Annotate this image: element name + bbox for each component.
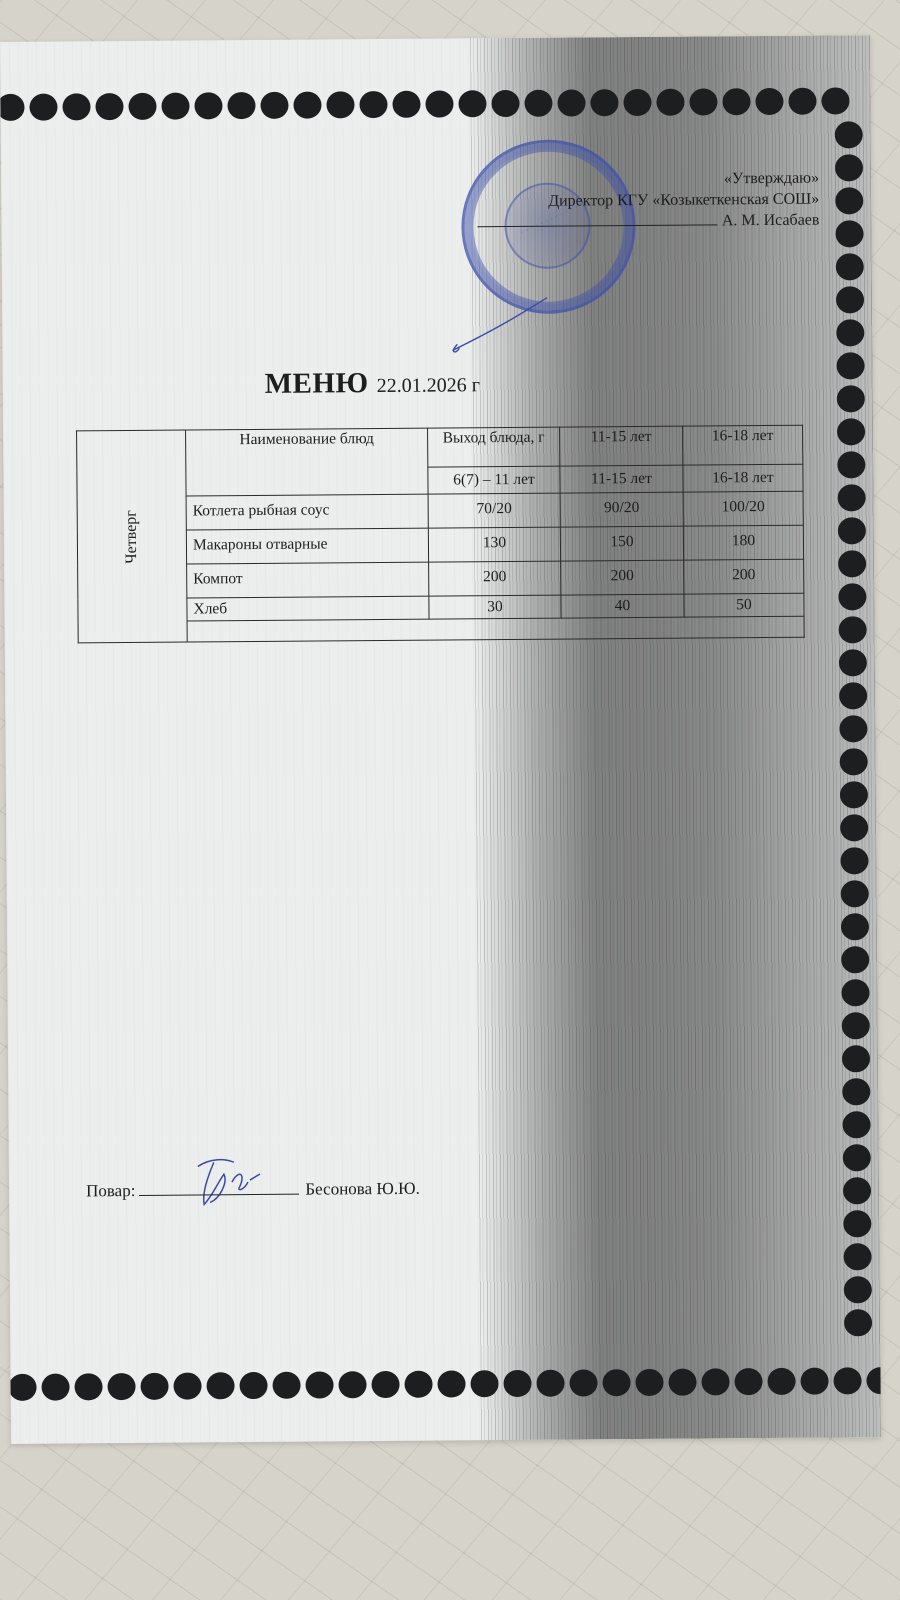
border-dot <box>425 90 453 117</box>
border-dot <box>835 220 863 247</box>
portion-group3: 200 <box>684 559 804 594</box>
border-dot <box>838 517 866 544</box>
border-dot <box>800 1368 828 1395</box>
border-dot <box>840 781 868 808</box>
border-dot <box>837 418 865 445</box>
director-signature-line <box>478 224 718 227</box>
border-dot <box>840 847 868 874</box>
border-dot <box>338 1371 366 1398</box>
director-signature-icon <box>447 288 568 359</box>
border-dot <box>293 91 321 118</box>
border-dot <box>844 1309 872 1336</box>
border-dot <box>557 89 585 116</box>
border-dot <box>41 1373 69 1400</box>
border-dot <box>701 1368 729 1395</box>
cook-label: Повар: <box>86 1181 136 1200</box>
header-group2: 11-15 лет <box>560 465 683 493</box>
border-dot <box>788 88 816 115</box>
border-dot <box>843 1210 871 1237</box>
border-dot <box>173 1372 201 1399</box>
border-dot <box>838 583 866 610</box>
border-dot <box>836 319 864 346</box>
border-dot <box>458 90 486 117</box>
border-dot <box>161 93 189 120</box>
border-dot <box>8 1374 36 1401</box>
portion-group2: 200 <box>561 560 684 595</box>
border-dot <box>260 92 288 119</box>
border-dot <box>821 87 849 114</box>
menu-table: Четверг Наименование блюд Выход блюда, г… <box>76 425 805 644</box>
portion-group3: 100/20 <box>683 491 803 526</box>
portion-group1: 200 <box>429 561 561 596</box>
dot-border-top <box>0 87 850 121</box>
border-dot <box>656 89 684 116</box>
header-dish-name: Наименование блюд <box>186 428 429 496</box>
border-dot <box>842 1078 870 1105</box>
approval-director: Директор КГУ «Козыкеткенская СОШ» <box>478 189 820 213</box>
border-dot <box>602 1369 630 1396</box>
empty-cell <box>187 616 804 642</box>
border-dot <box>404 1371 432 1398</box>
portion-group1: 130 <box>428 527 560 562</box>
dot-border-right <box>835 121 873 1336</box>
border-dot <box>128 93 156 120</box>
border-dot <box>838 550 866 577</box>
border-dot <box>305 1371 333 1398</box>
portion-group1: 70/20 <box>428 493 560 528</box>
border-dot <box>326 91 354 118</box>
border-dot <box>272 1372 300 1399</box>
border-dot <box>839 649 867 676</box>
border-dot <box>843 1243 871 1270</box>
approval-block: «Утверждаю» Директор КГУ «Козыкеткенская… <box>477 168 819 234</box>
border-dot <box>837 385 865 412</box>
border-dot <box>840 814 868 841</box>
portion-group3: 50 <box>684 593 804 617</box>
border-dot <box>29 94 57 121</box>
page-title: МЕНЮ22.01.2026 г <box>265 366 480 401</box>
border-dot <box>841 880 869 907</box>
border-dot <box>842 1012 870 1039</box>
border-dot <box>722 88 750 115</box>
border-dot <box>835 121 863 148</box>
border-dot <box>866 1367 881 1394</box>
dot-border-bottom <box>8 1367 881 1401</box>
border-dot <box>392 91 420 118</box>
border-dot <box>503 1370 531 1397</box>
day-cell: Четверг <box>77 430 188 643</box>
border-dot <box>470 1370 498 1397</box>
menu-sheet: ◦ ◦ ◦ ◦ ◦ ◦ ◦ ◦ ◦ ◦ ◦ ◦ «Утверждаю» Дире… <box>0 35 881 1444</box>
border-dot <box>62 93 90 120</box>
portion-group3: 180 <box>683 525 803 560</box>
border-dot <box>755 88 783 115</box>
border-dot <box>838 484 866 511</box>
border-dot <box>107 1373 135 1400</box>
border-dot <box>359 91 387 118</box>
dish-name: Хлеб <box>187 596 429 621</box>
border-dot <box>836 253 864 280</box>
border-dot <box>841 913 869 940</box>
border-dot <box>841 979 869 1006</box>
border-dot <box>206 1372 234 1399</box>
border-dot <box>833 1367 861 1394</box>
border-dot <box>839 682 867 709</box>
approval-signature-row: А. М. Исабаев <box>478 210 820 234</box>
border-dot <box>0 94 25 121</box>
dish-name: Котлета рыбная соус <box>186 494 428 530</box>
portion-group2: 40 <box>561 594 684 618</box>
portion-group2: 90/20 <box>560 492 683 527</box>
border-dot <box>668 1369 696 1396</box>
border-dot <box>839 715 867 742</box>
day-label: Четверг <box>123 510 141 564</box>
cook-signature-block: Повар:Бесонова Ю.Ю. <box>86 1179 420 1202</box>
portion-group2: 150 <box>560 526 683 561</box>
border-dot <box>437 1370 465 1397</box>
border-dot <box>837 451 865 478</box>
border-dot <box>843 1144 871 1171</box>
border-dot <box>590 89 618 116</box>
portion-group1: 30 <box>429 595 561 619</box>
header-group2-top: 11-15 лет <box>560 426 683 466</box>
border-dot <box>371 1371 399 1398</box>
border-dot <box>194 92 222 119</box>
border-dot <box>95 93 123 120</box>
header-group3: 16-18 лет <box>683 464 803 492</box>
border-dot <box>689 88 717 115</box>
director-name: А. М. Исабаев <box>722 212 820 230</box>
print-texture <box>0 38 481 1444</box>
title-date: 22.01.2026 г <box>377 374 480 397</box>
dish-name: Компот <box>187 562 429 598</box>
border-dot <box>623 89 651 116</box>
border-dot <box>536 1370 564 1397</box>
border-dot <box>843 1177 871 1204</box>
border-dot <box>836 286 864 313</box>
border-dot <box>734 1368 762 1395</box>
dish-name: Макароны отварные <box>186 528 428 564</box>
border-dot <box>842 1045 870 1072</box>
cook-signature-line <box>139 1194 299 1196</box>
approval-heading: «Утверждаю» <box>477 168 819 192</box>
border-dot <box>835 154 863 181</box>
header-group3-top: 16-18 лет <box>683 425 803 465</box>
border-dot <box>635 1369 663 1396</box>
title-heading: МЕНЮ <box>265 367 369 400</box>
border-dot <box>844 1276 872 1303</box>
border-dot <box>524 90 552 117</box>
border-dot <box>140 1373 168 1400</box>
border-dot <box>841 946 869 973</box>
border-dot <box>839 616 867 643</box>
border-dot <box>491 90 519 117</box>
header-yield: Выход блюда, г <box>428 427 560 467</box>
border-dot <box>835 187 863 214</box>
border-dot <box>569 1369 597 1396</box>
border-dot <box>840 748 868 775</box>
header-group1: 6(7) – 11 лет <box>428 466 560 494</box>
border-dot <box>74 1373 102 1400</box>
cook-name: Бесонова Ю.Ю. <box>305 1179 420 1199</box>
border-dot <box>767 1368 795 1395</box>
border-dot <box>842 1111 870 1138</box>
border-dot <box>239 1372 267 1399</box>
border-dot <box>227 92 255 119</box>
border-dot <box>836 352 864 379</box>
